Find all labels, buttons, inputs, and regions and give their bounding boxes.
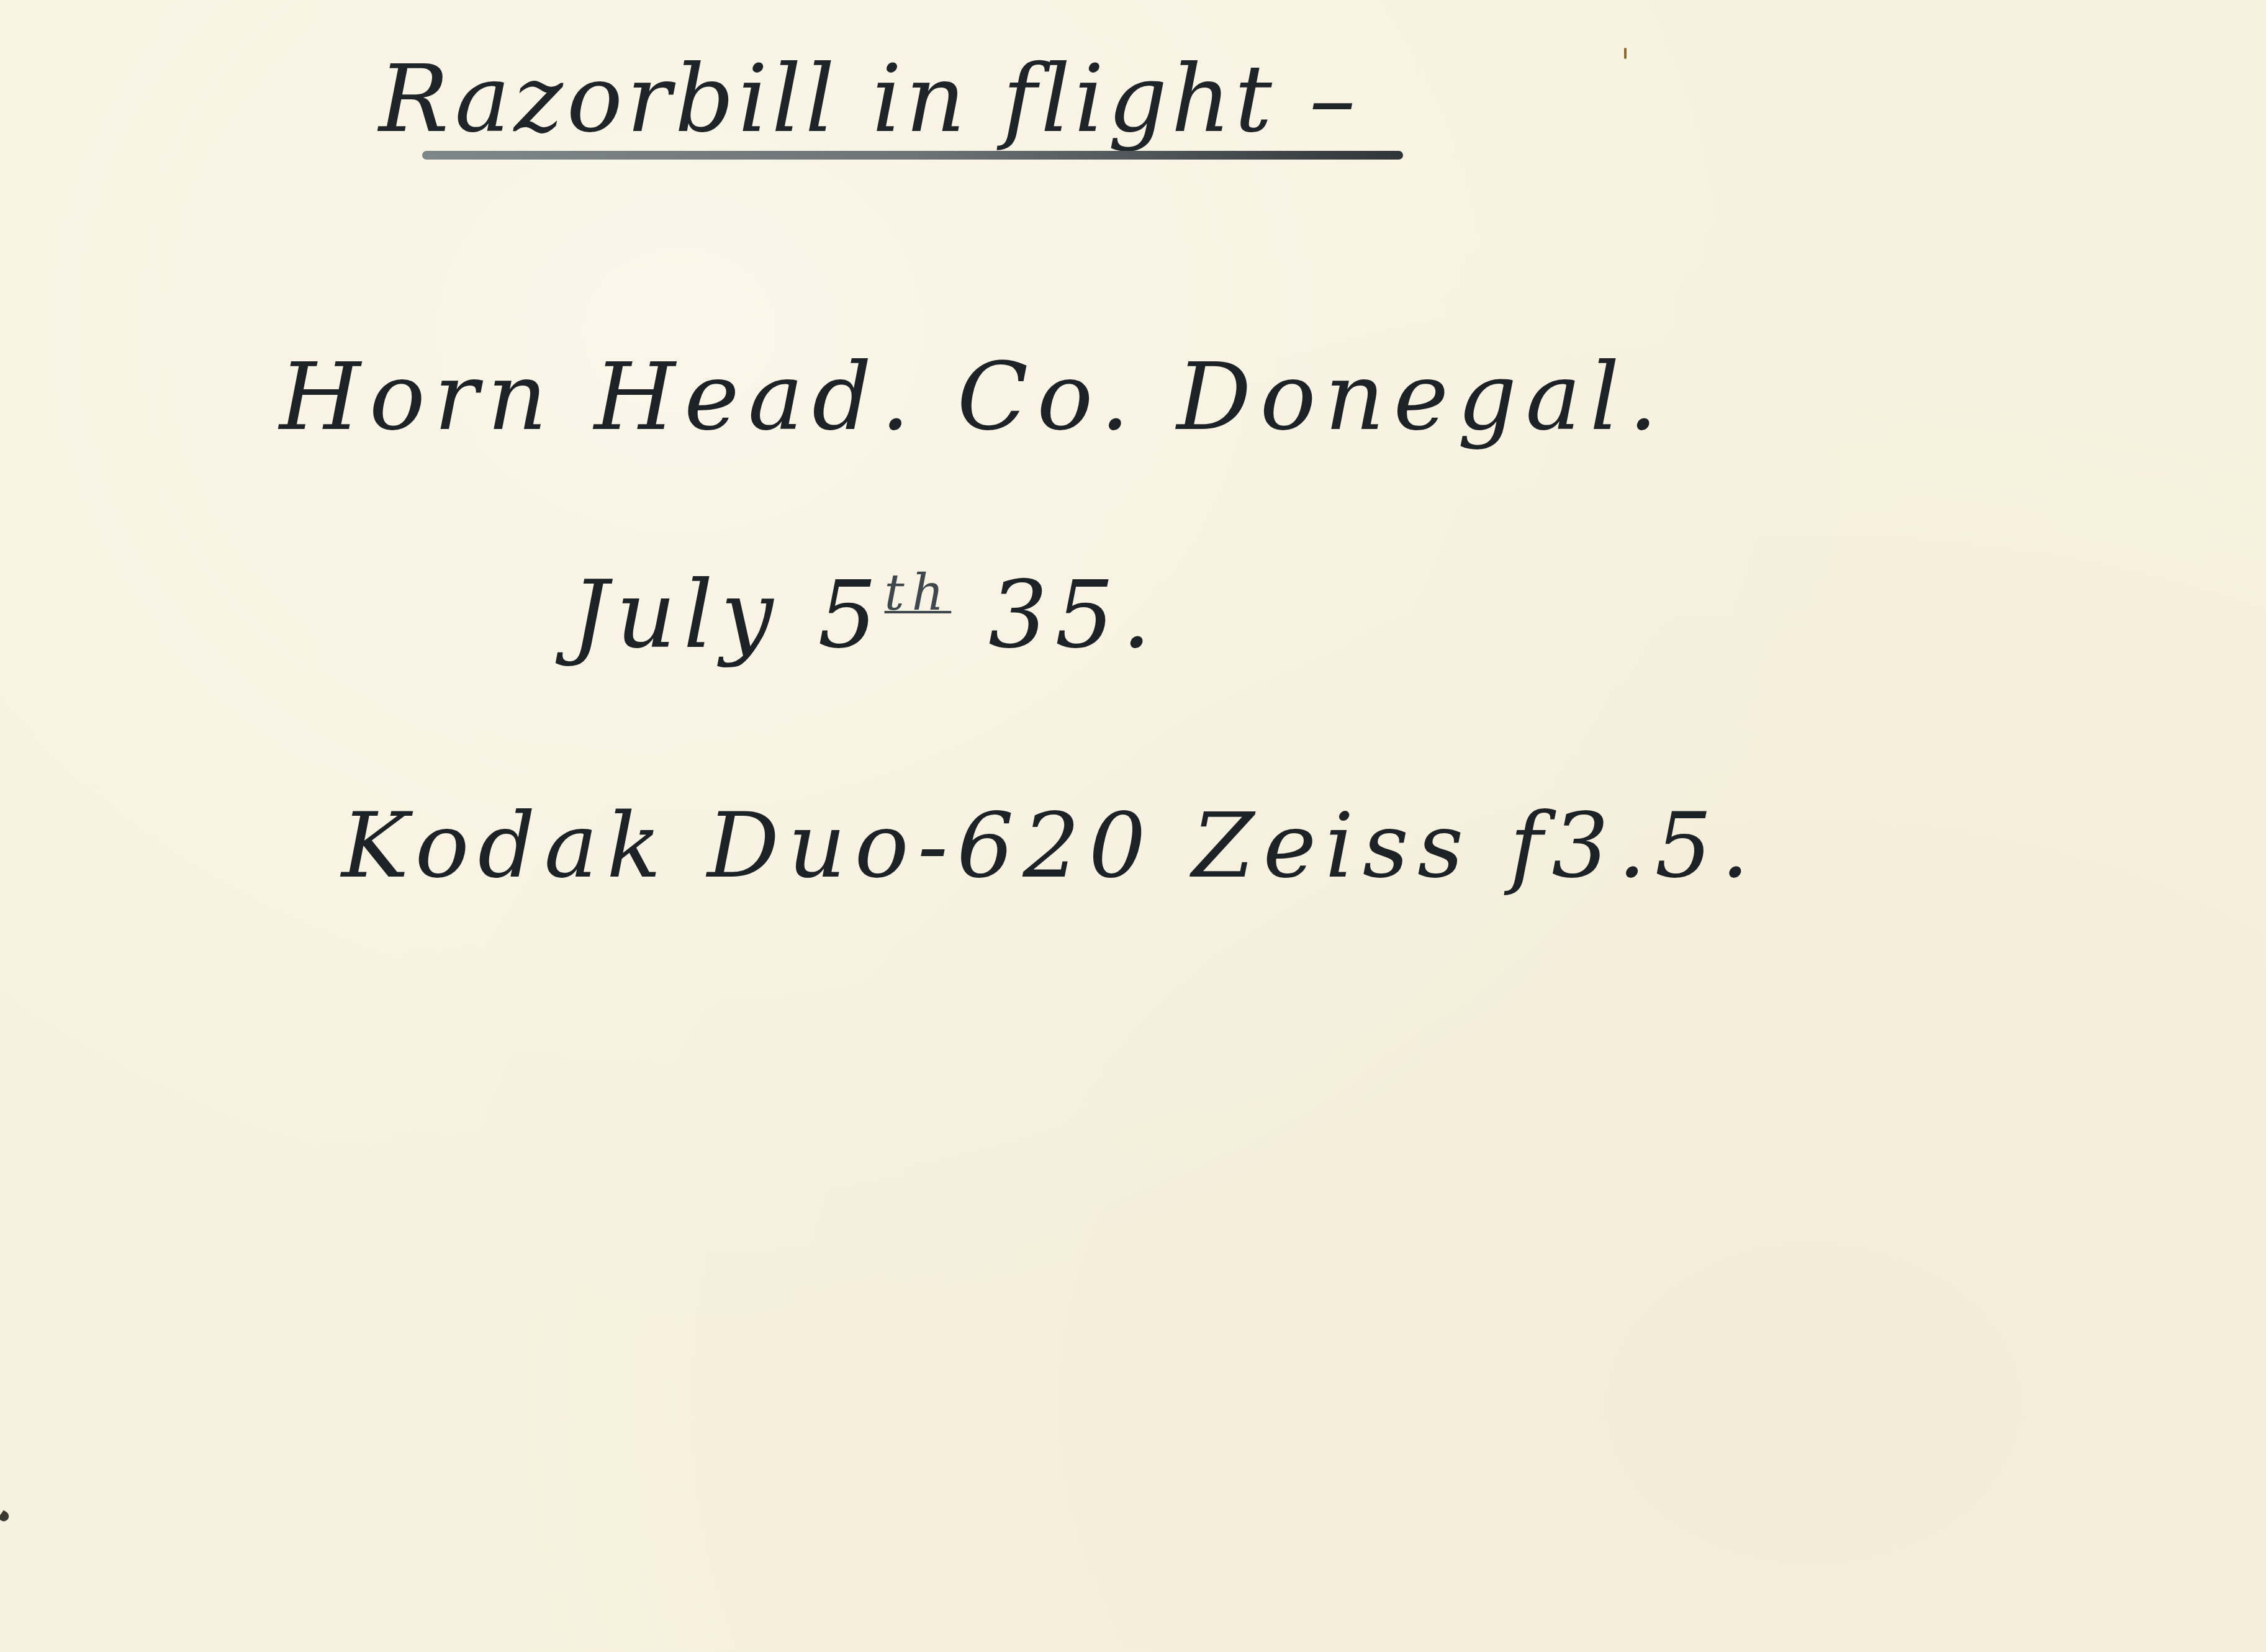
date-month: July <box>571 561 780 669</box>
title-underline <box>422 151 1403 160</box>
handwritten-note-card: Razorbill in flight – Horn Head. Co. Don… <box>0 0 2266 1652</box>
date-ordinal-suffix: th <box>885 564 952 621</box>
note-title: Razorbill in flight – <box>379 53 1360 146</box>
title-text: Razorbill in flight – <box>379 45 1360 153</box>
location-line: Horn Head. Co. Donegal. <box>279 351 1666 444</box>
camera-text: Kodak Duo-620 Zeiss f3.5. <box>341 793 1758 898</box>
date-year: 35. <box>988 561 1159 669</box>
camera-line: Kodak Duo-620 Zeiss f3.5. <box>341 801 1758 891</box>
paper-edge-mark <box>0 1510 11 1523</box>
location-text: Horn Head. Co. Donegal. <box>279 343 1666 451</box>
paper-speck <box>1624 48 1627 59</box>
date-line: July 5th 35. <box>571 568 1159 662</box>
date-day: 5 <box>818 561 884 669</box>
